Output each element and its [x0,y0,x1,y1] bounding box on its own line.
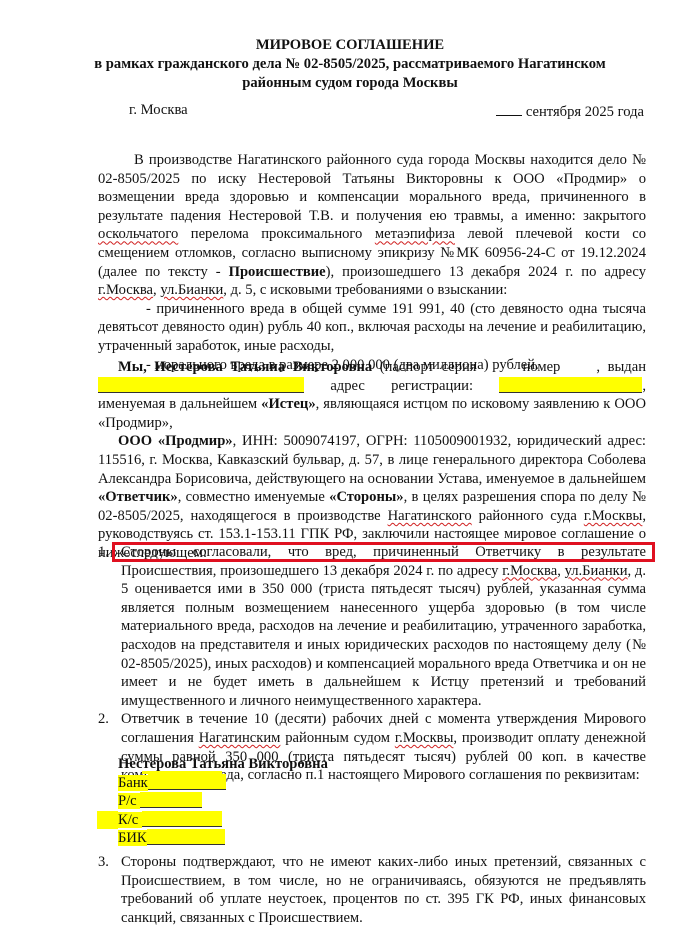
intro-section: В производстве Нагатинского районного су… [98,151,646,374]
passport-series-field[interactable] [477,358,523,374]
bik-row: БИК [118,829,328,848]
agreement-date: сентября 2025 года [496,101,644,122]
bik-field[interactable] [147,829,225,845]
claim-damage: - причиненного вреда в общей сумме 191 9… [98,300,646,356]
document-subtitle-line2: районным судом города Москвы [0,74,700,93]
passport-issued-by-field[interactable] [98,377,304,393]
account-field[interactable] [140,792,202,808]
account-row: Р/с [118,792,328,811]
passport-number-field[interactable] [560,358,596,374]
term-item-1: 1.Стороны согласовали, что вред, причине… [98,543,646,710]
recipient-name: Нестерова Татьяна Викторовна [118,755,328,774]
document-page: МИРОВОЕ СОГЛАШЕНИЕ в рамках гражданского… [0,0,700,938]
corr-account-row: К/с [97,811,328,830]
date-text: сентября 2025 года [526,104,644,120]
registration-address-field[interactable] [499,377,642,393]
payment-requisites: Нестерова Татьяна Викторовна Банк Р/с К/… [118,755,328,848]
term-item-3: 3.Стороны подтверждают, что не имеют как… [98,853,646,927]
plaintiff-paragraph: Мы, Нестерова Татьяна Викторовна (паспор… [98,358,646,432]
bank-field[interactable] [148,774,226,790]
bank-row: Банк [118,774,328,793]
intro-paragraph: В производстве Нагатинского районного су… [98,151,646,300]
city: г. Москва [129,101,188,120]
parties-section: Мы, Нестерова Татьяна Викторовна (паспор… [98,358,646,563]
date-day-blank [496,101,522,116]
agreement-terms-list-cont: 3.Стороны подтверждают, что не имеют как… [98,853,646,927]
corr-account-field[interactable] [142,811,222,827]
document-subtitle-line1: в рамках гражданского дела № 02-8505/202… [0,55,700,74]
agreement-terms-list: 1.Стороны согласовали, что вред, причине… [98,543,646,785]
document-title: МИРОВОЕ СОГЛАШЕНИЕ [0,36,700,55]
